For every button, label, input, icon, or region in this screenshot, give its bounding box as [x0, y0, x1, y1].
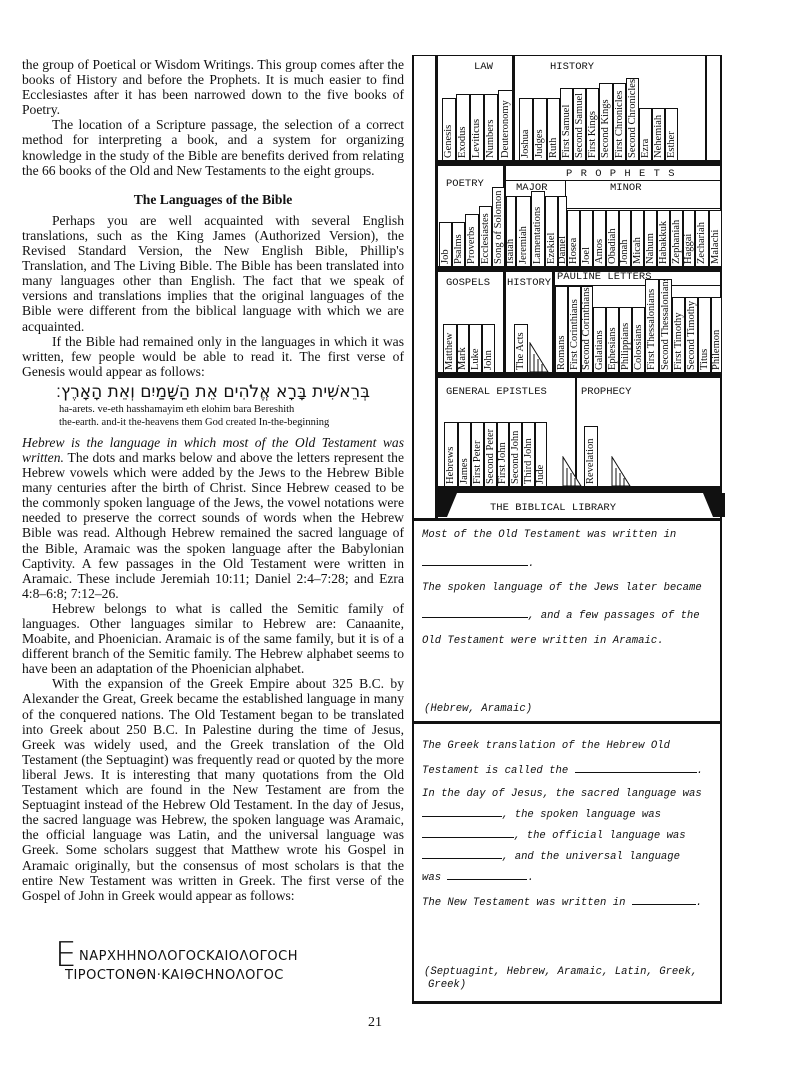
answer-blank[interactable]	[632, 894, 696, 905]
book-title: Galatians	[594, 330, 605, 370]
answer-blank[interactable]	[422, 806, 502, 817]
book-spine: Second Samuel	[573, 88, 586, 160]
divider	[503, 272, 506, 378]
book-spine: Judges	[533, 98, 547, 160]
answer-key: (Hebrew, Aramaic)	[424, 703, 532, 715]
book-spine: Nehemiah	[652, 108, 665, 160]
book-title: Song of Solomon	[493, 190, 504, 264]
book-title: Ephesians	[607, 327, 618, 370]
answer-blank[interactable]	[422, 607, 528, 618]
answer-key: (Septuagint, Hebrew, Aramaic, Latin, Gre…	[424, 966, 697, 978]
book-title: Colossians	[633, 324, 644, 370]
answer-blank[interactable]	[447, 869, 527, 880]
section-label-general: GENERAL EPISTLES	[446, 386, 547, 398]
book-title: Second Chronicles	[627, 79, 638, 158]
book-title: Matthew	[445, 333, 456, 370]
exercise-text: , the official language was	[514, 830, 686, 842]
book-title: Second Corinthians	[582, 287, 593, 370]
book-spine: Leviticus	[470, 94, 484, 160]
exercise-box-2: The Greek translation of the Hebrew Old …	[414, 721, 720, 1004]
paragraph: The location of a Scripture passage, the…	[22, 117, 404, 177]
hebrew-verse-block: בְּרֵאשִׁית בָּרָא אֱלֹהִים אֵת הַשָּׁמַ…	[22, 381, 404, 429]
book-title: Second Timothy	[686, 301, 697, 370]
exercise-line: Testament is called the .	[414, 762, 720, 777]
book-title: Second Peter	[485, 429, 496, 484]
divider	[705, 56, 707, 166]
book-title: Second Kings	[601, 99, 612, 158]
book-title: Jonah	[620, 240, 631, 265]
paragraph: Hebrew is the language in which most of …	[22, 435, 404, 601]
divider	[566, 208, 722, 209]
book-spine: Second Peter	[484, 422, 497, 486]
book-title: Exodus	[458, 127, 469, 159]
bookshelf-diagram: LAW HISTORY GenesisExodusLeviticusNumber…	[435, 56, 722, 518]
book-spine: Second John	[509, 422, 522, 486]
exercise-text: was	[422, 872, 441, 884]
book-spine: Hosea	[567, 210, 580, 266]
book-title: Numbers	[486, 120, 497, 159]
book-spine: Zechariah	[695, 210, 709, 266]
section-label-law: LAW	[474, 61, 493, 73]
book-title: Malachi	[710, 230, 721, 264]
book-spine: Joshua	[519, 98, 533, 160]
book-title: First Corinthians	[569, 299, 580, 370]
book-spine: Titus	[698, 297, 711, 372]
book-spine: Second Thessalonians	[659, 279, 672, 372]
book-spine: Zephaniah	[670, 210, 683, 266]
greek-verse-line-1: ΕΝΑΡΧΗΗΝΟΛΟΓΟϹΚΑΙΟΛΟΓΟϹΗ	[55, 944, 385, 968]
exercise-line: , and a few passages of the	[414, 607, 720, 622]
answer-blank[interactable]	[575, 762, 697, 773]
greek-text: ΝΑΡΧΗΗΝΟΛΟΓΟϹΚΑΙΟΛΟΓΟϹΗ	[79, 949, 298, 964]
punct: .	[697, 765, 703, 777]
bookend-icon	[562, 456, 582, 486]
book-title: Revelation	[586, 439, 597, 485]
section-label-minor: MINOR	[610, 182, 642, 194]
book-title: Philemon	[711, 330, 722, 370]
book-title: First Kings	[587, 111, 598, 158]
book-title: Mark	[458, 347, 469, 370]
book-title: Deuteronomy	[500, 100, 511, 158]
book-spine: First Peter	[471, 422, 484, 486]
book-spine: James	[458, 422, 471, 486]
book-title: Ezekiel	[546, 233, 557, 264]
book-spine: First Samuel	[560, 88, 573, 160]
book-spine: Amos	[593, 210, 606, 266]
paragraph-text: The dots and marks below and above the l…	[22, 450, 404, 601]
book-spine: Micah	[631, 210, 644, 266]
book-title: First Timothy	[673, 313, 684, 371]
book-title: Jude	[536, 465, 547, 484]
book-spine: Second Kings	[599, 83, 613, 160]
exercise-line: Most of the Old Testament was written in	[414, 529, 720, 541]
book-spine: Second Timothy	[685, 297, 698, 372]
exercise-line: The New Testament was written in .	[414, 894, 720, 909]
book-title: Lamentations	[533, 207, 544, 264]
book-spine: First John	[497, 422, 509, 486]
article-column: the group of Poetical or Wisdom Writings…	[22, 57, 404, 903]
section-label-gospels: GOSPELS	[446, 277, 490, 289]
book-spine: Ruth	[547, 98, 560, 160]
book-title: First Chronicles	[614, 91, 625, 158]
book-title: Zephaniah	[671, 220, 682, 264]
section-label-pauline: PAULINE LETTERS	[557, 271, 652, 283]
book-title: First John	[498, 442, 509, 484]
book-spine: Colossians	[632, 307, 645, 372]
hebrew-verse: בְּרֵאשִׁית בָּרָא אֱלֹהִים אֵת הַשָּׁמַ…	[22, 381, 404, 403]
book-title: Psalms	[453, 234, 464, 264]
book-spine: Exodus	[456, 94, 470, 160]
exercise-text: Testament is called the	[422, 765, 568, 777]
book-title: Esther	[666, 131, 677, 158]
bookend-icon	[611, 456, 631, 486]
exercise-line: The Greek translation of the Hebrew Old	[414, 740, 720, 752]
book-spine: Daniel	[558, 196, 567, 266]
book-title: Isaiah	[506, 239, 516, 264]
book-title: Obadiah	[607, 228, 618, 264]
page-number: 21	[368, 1015, 382, 1031]
book-title: Amos	[594, 239, 605, 264]
book-spine: Third John	[522, 422, 535, 486]
book-title: Ruth	[548, 138, 559, 158]
sidebar-frame: LAW HISTORY GenesisExodusLeviticusNumber…	[412, 55, 722, 1004]
punct: .	[528, 558, 534, 570]
book-title: John	[483, 350, 494, 370]
book-spine: Luke	[469, 324, 482, 372]
book-spine: Song of Solomon	[492, 187, 505, 266]
answer-blank[interactable]	[422, 555, 528, 566]
book-title: Hosea	[568, 238, 579, 264]
section-label-prophecy: PROPHECY	[581, 386, 631, 398]
book-title: Zechariah	[697, 222, 708, 264]
exercise-line: In the day of Jesus, the sacred language…	[414, 788, 720, 800]
diagram-title: THE BIBLICAL LIBRARY	[490, 502, 616, 514]
section-label-history: HISTORY	[550, 61, 594, 73]
bookend-icon	[529, 342, 549, 372]
book-title: Second John	[510, 431, 521, 484]
book-spine: Jeremiah	[516, 196, 531, 266]
book-spine: Isaiah	[506, 196, 516, 266]
exercise-line: , the official language was	[414, 827, 720, 842]
book-spine: First Timothy	[672, 297, 685, 372]
exercise-line: , the spoken language was	[414, 806, 720, 821]
book-spine: First Chronicles	[613, 83, 626, 160]
book-title: Habakkuk	[658, 221, 669, 264]
book-title: James	[459, 458, 470, 484]
book-title: Second Samuel	[574, 93, 585, 158]
book-title: Judges	[535, 129, 546, 158]
exercise-line: The spoken language of the Jews later be…	[414, 582, 720, 594]
book-title: Philippians	[620, 323, 631, 370]
book-title: Job	[440, 249, 451, 264]
answer-blank[interactable]	[422, 827, 514, 838]
book-title: Genesis	[444, 125, 455, 158]
book-title: First Thessalonians	[647, 289, 658, 370]
book-spine: Philemon	[711, 297, 722, 372]
book-spine: Nahum	[644, 210, 657, 266]
divider	[506, 180, 722, 181]
book-spine: Ephesians	[606, 307, 619, 372]
exercise-line: , and the universal language	[414, 848, 720, 863]
book-spine: Genesis	[442, 98, 456, 160]
paragraph: the group of Poetical or Wisdom Writings…	[22, 57, 404, 117]
answer-key: Greek)	[424, 979, 466, 991]
exercise-box-1: Most of the Old Testament was written in…	[414, 518, 720, 721]
book-spine: Joel	[580, 210, 593, 266]
book-spine: John	[482, 324, 495, 372]
section-label-prophets: P R O P H E T S	[566, 168, 676, 180]
book-spine: Jonah	[619, 210, 631, 266]
book-title: Leviticus	[472, 119, 483, 158]
exercise-line: was .	[414, 869, 720, 884]
shelf-board	[438, 160, 722, 166]
book-spine: Hebrews	[444, 422, 458, 486]
book-title: Nehemiah	[653, 115, 664, 158]
book-title: Luke	[470, 348, 481, 370]
book-spine: First Corinthians	[568, 286, 581, 372]
book-spine: Ezekiel	[545, 196, 558, 266]
book-title: Proverbs	[467, 227, 478, 264]
book-title: Joel	[581, 247, 592, 264]
section-label-history-nt: HISTORY	[507, 277, 551, 289]
transliteration: ha-arets. ve-eth hasshamayim eth elohim …	[22, 403, 404, 416]
punct: .	[527, 872, 533, 884]
paragraph: With the expansion of the Greek Empire a…	[22, 676, 404, 902]
book-title: Third John	[523, 438, 534, 484]
exercise-text: The New Testament was written in	[422, 897, 625, 909]
book-title: Ecclesiastes	[480, 213, 491, 264]
book-spine: Second Chronicles	[626, 78, 639, 160]
gloss: the-earth. and-it the-heavens them God c…	[22, 416, 404, 429]
book-spine: Numbers	[484, 94, 498, 160]
book-spine: First Kings	[586, 88, 599, 160]
book-title: Nahum	[645, 233, 656, 264]
exercise-text: , the spoken language was	[502, 809, 661, 821]
book-spine: Haggai	[683, 210, 695, 266]
paragraph: Hebrew belongs to what is called the Sem…	[22, 601, 404, 676]
answer-blank[interactable]	[422, 848, 502, 859]
book-spine: Galatians	[593, 307, 606, 372]
book-spine: Esther	[665, 108, 678, 160]
book-spine: Revelation	[584, 426, 598, 486]
book-spine: Psalms	[452, 222, 465, 266]
book-title: Daniel	[558, 236, 567, 264]
book-title: Jeremiah	[518, 226, 529, 264]
book-spine: Habakkuk	[657, 210, 670, 266]
book-spine: Jude	[535, 422, 547, 486]
book-title: Ezra	[640, 139, 651, 158]
book-title: The Acts	[516, 332, 527, 370]
shelf-board	[438, 372, 722, 378]
book-spine: Malachi	[709, 210, 722, 266]
book-spine: Job	[439, 222, 452, 266]
book-title: Micah	[632, 237, 643, 264]
greek-verse-block: ΕΝΑΡΧΗΗΝΟΛΟΓΟϹΚΑΙΟΛΟΓΟϹΗ ΤΙΡΟϹΤΟΝΘΝ·ΚΑΙΘ…	[55, 944, 385, 984]
book-title: Titus	[699, 349, 710, 370]
book-spine: Obadiah	[606, 210, 619, 266]
book-spine: Second Corinthians	[581, 286, 593, 372]
book-spine: Romans	[555, 286, 568, 372]
book-title: First Peter	[472, 441, 483, 484]
book-title: Romans	[556, 336, 567, 370]
book-spine: First Thessalonians	[645, 279, 659, 372]
book-spine: Proverbs	[465, 214, 479, 266]
paragraph: Perhaps you are well acquainted with sev…	[22, 213, 404, 334]
book-title: Second Thessalonians	[660, 279, 671, 370]
exercise-text: , and the universal language	[502, 851, 680, 863]
book-spine: Lamentations	[531, 191, 545, 266]
book-spine: Philippians	[619, 307, 632, 372]
exercise-line: Old Testament were written in Aramaic.	[414, 635, 720, 647]
book-spine: The Acts	[514, 324, 528, 372]
shelf-board	[438, 486, 722, 493]
book-title: Haggai	[684, 234, 695, 264]
book-spine: Matthew	[443, 324, 457, 372]
book-spine: Ezra	[639, 108, 652, 160]
section-label-poetry: POETRY	[446, 178, 484, 190]
book-title: Joshua	[521, 129, 532, 158]
book-spine: Mark	[457, 324, 469, 372]
section-heading: The Languages of the Bible	[22, 192, 404, 207]
greek-verse-line-2: ΤΙΡΟϹΤΟΝΘΝ·ΚΑΙΘϹΗΝΟΛΟΓΟϹ	[65, 968, 385, 984]
book-spine: Ecclesiastes	[479, 206, 492, 266]
exercise-text: , and a few passages of the	[528, 610, 700, 622]
book-title: First Samuel	[561, 105, 572, 158]
paragraph: If the Bible had remained only in the la…	[22, 334, 404, 379]
punct: .	[696, 897, 702, 909]
book-title: Hebrews	[446, 447, 457, 484]
exercise-line: .	[414, 555, 720, 570]
book-spine: Deuteronomy	[498, 90, 513, 160]
